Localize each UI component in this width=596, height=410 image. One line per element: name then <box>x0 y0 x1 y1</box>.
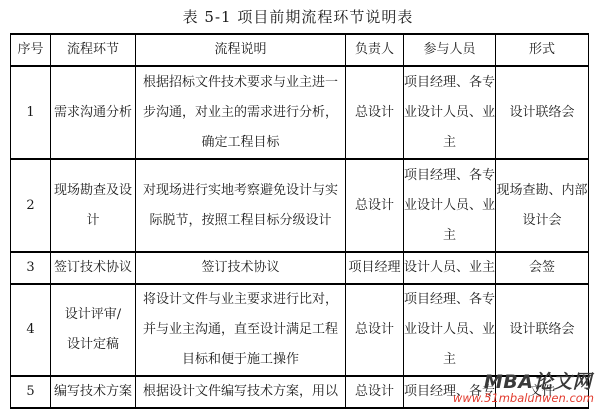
cell-form: 设计联络会 <box>496 284 589 376</box>
table-caption: 表 5-1 项目前期流程环节说明表 <box>0 6 596 27</box>
table-row: 4 设计评审/ 设计定稿 将设计文件与业主要求进行比对， 并与业主沟通，直至设计… <box>11 284 589 376</box>
cell-step: 设计评审/ 设计定稿 <box>51 284 136 376</box>
header-step: 流程环节 <box>51 34 136 66</box>
cell-participants: 项目经理、各专 业设计人员、业 主 <box>404 284 496 376</box>
cell-owner: 项目经理 <box>346 252 404 284</box>
cell-no: 5 <box>11 376 51 408</box>
table-row: 3 签订技术协议 签订技术协议 项目经理 设计人员、业主 会签 <box>11 252 589 284</box>
header-form: 形式 <box>496 34 589 66</box>
cell-participants: 项目经理、各专 业设计人员、业 主 <box>404 66 496 159</box>
cell-owner: 总设计 <box>346 66 404 159</box>
cell-form: 现场查勘、内部 设计会 <box>496 159 589 252</box>
cell-step: 现场勘查及设 计 <box>51 159 136 252</box>
table-row: 1 需求沟通分析 根据招标文件技术要求与业主进一 步沟通，对业主的需求进行分析，… <box>11 66 589 159</box>
header-participants: 参与人员 <box>404 34 496 66</box>
header-desc: 流程说明 <box>136 34 346 66</box>
header-row: 序号 流程环节 流程说明 负责人 参与人员 形式 <box>11 34 589 66</box>
cell-owner: 总设计 <box>346 159 404 252</box>
cell-step: 编写技术方案 <box>51 376 136 408</box>
cell-owner: 总设计 <box>346 284 404 376</box>
cell-step: 需求沟通分析 <box>51 66 136 159</box>
cell-owner: 总设计 <box>346 376 404 408</box>
cell-desc: 根据设计文件编写技术方案，用以 <box>136 376 346 408</box>
header-no: 序号 <box>11 34 51 66</box>
cell-form: 文件 <box>496 376 589 408</box>
cell-participants: 项目经理、各专 业设计人员、业 主 <box>404 159 496 252</box>
cell-desc: 根据招标文件技术要求与业主进一 步沟通，对业主的需求进行分析， 确定工程目标 <box>136 66 346 159</box>
cell-no: 1 <box>11 66 51 159</box>
cell-desc: 将设计文件与业主要求进行比对， 并与业主沟通，直至设计满足工程 目标和便于施工操… <box>136 284 346 376</box>
cell-step: 签订技术协议 <box>51 252 136 284</box>
cell-participants: 项目经理、各专 <box>404 376 496 408</box>
cell-form: 会签 <box>496 252 589 284</box>
table-row: 5 编写技术方案 根据设计文件编写技术方案，用以 总设计 项目经理、各专 文件 <box>11 376 589 408</box>
cell-form: 设计联络会 <box>496 66 589 159</box>
cell-desc: 对现场进行实地考察避免设计与实 际脱节，按照工程目标分级设计 <box>136 159 346 252</box>
document-page: 表 5-1 项目前期流程环节说明表 序号 流程环节 流程说明 负责人 参与人员 … <box>0 0 596 410</box>
cell-no: 4 <box>11 284 51 376</box>
process-table: 序号 流程环节 流程说明 负责人 参与人员 形式 1 需求沟通分析 根据招标文件… <box>10 33 589 409</box>
table-row: 2 现场勘查及设 计 对现场进行实地考察避免设计与实 际脱节，按照工程目标分级设… <box>11 159 589 252</box>
cell-no: 3 <box>11 252 51 284</box>
cell-participants: 设计人员、业主 <box>404 252 496 284</box>
cell-desc: 签订技术协议 <box>136 252 346 284</box>
header-owner: 负责人 <box>346 34 404 66</box>
cell-no: 2 <box>11 159 51 252</box>
